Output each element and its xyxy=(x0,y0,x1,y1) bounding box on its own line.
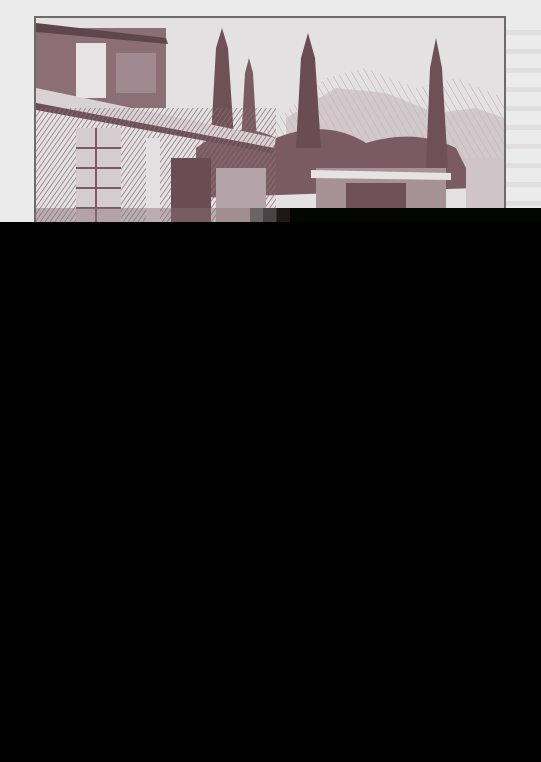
village-sketch-illustration xyxy=(36,18,504,230)
redaction-block xyxy=(0,222,541,762)
illustration-frame xyxy=(34,16,506,230)
book-page xyxy=(0,0,541,230)
bleed-through-text xyxy=(505,30,541,220)
redaction-artifact xyxy=(250,208,290,222)
